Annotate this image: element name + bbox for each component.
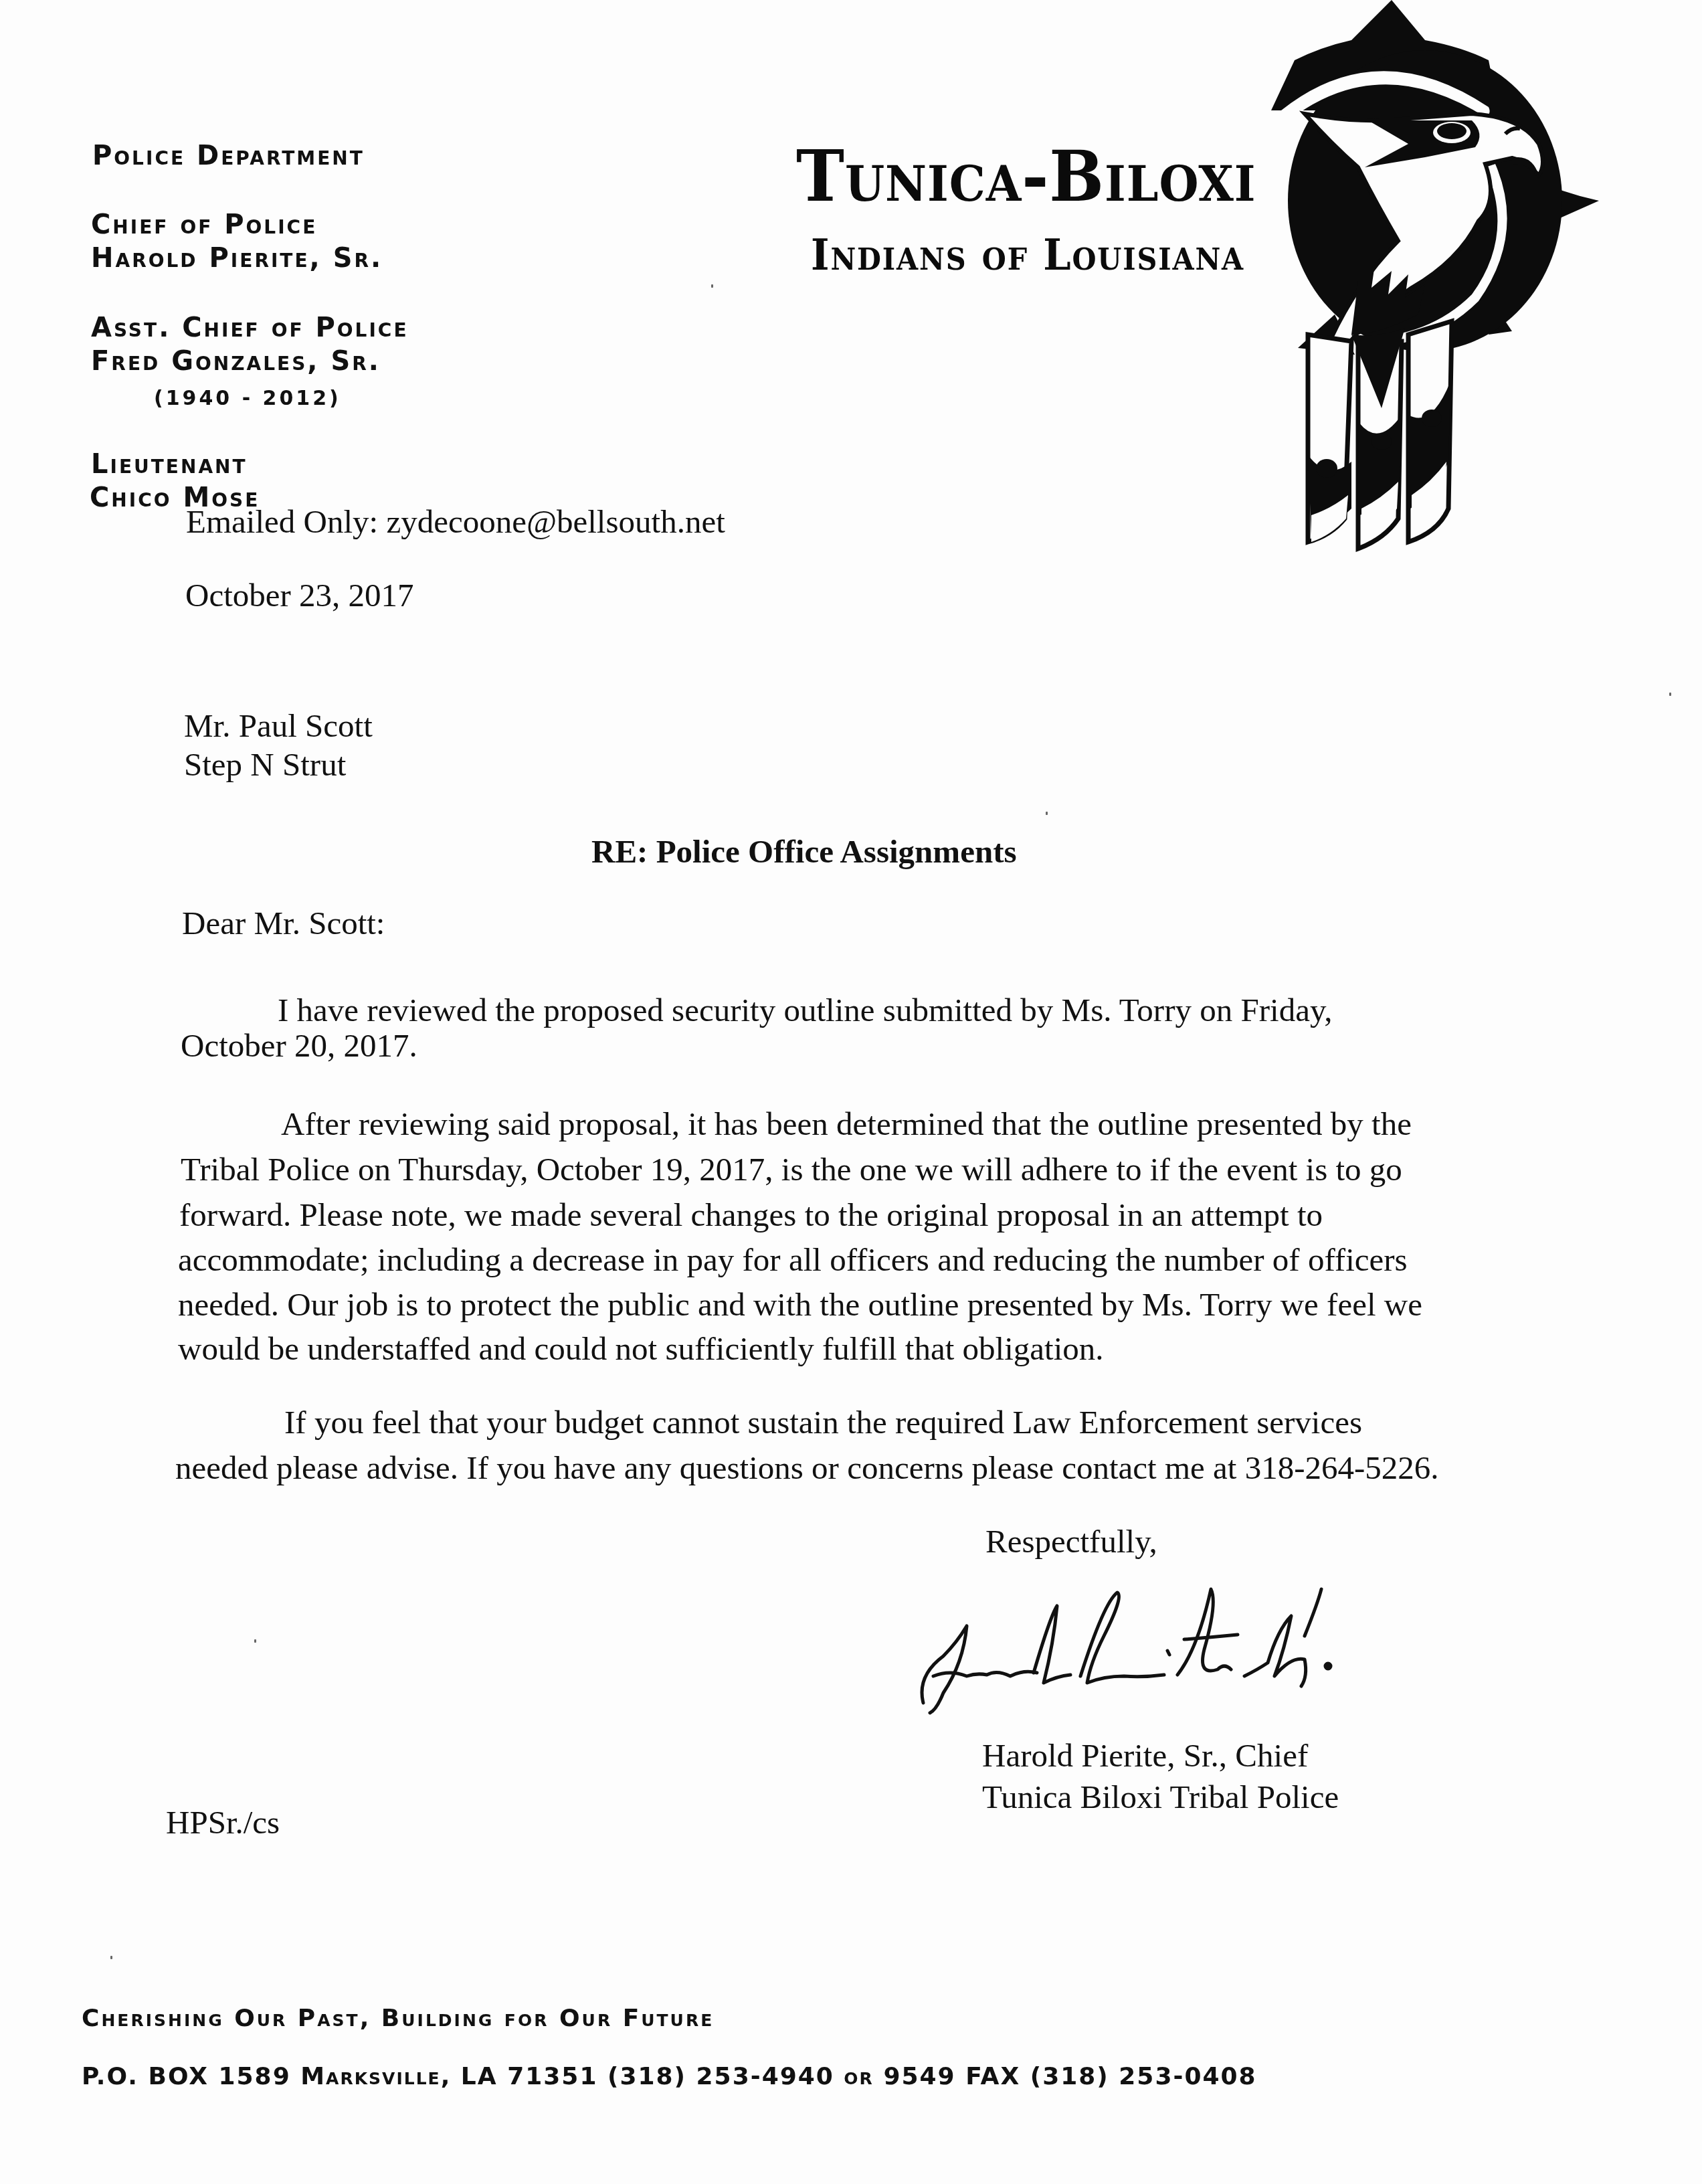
subject-line: RE: Police Office Assignments: [591, 833, 1017, 871]
scan-speck: [1669, 693, 1671, 696]
tribe-subtitle: Indians of Louisiana: [811, 234, 1244, 277]
signer-organization: Tunica Biloxi Tribal Police: [982, 1779, 1339, 1816]
scan-speck: [254, 1639, 256, 1643]
closing: Respectfully,: [985, 1523, 1157, 1560]
signer-name: Harold Pierite, Sr., Chief: [982, 1737, 1308, 1774]
chief-title: Chief of Police: [91, 211, 317, 238]
letter-date: October 23, 2017: [185, 577, 414, 614]
department-label: Police Department: [92, 143, 365, 169]
handwritten-signature-icon: [903, 1576, 1425, 1723]
paragraph-3-line: needed please advise. If you have any qu…: [175, 1449, 1439, 1487]
asst-chief-years: (1940 - 2012): [154, 385, 341, 412]
footer-motto: Cherishing Our Past, Building for Our Fu…: [82, 2005, 714, 2032]
paragraph-2-line: needed. Our job is to protect the public…: [178, 1286, 1422, 1324]
reference-initials: HPSr./cs: [166, 1804, 280, 1841]
paragraph-2-line: Tribal Police on Thursday, October 19, 2…: [181, 1151, 1402, 1188]
paragraph-2-line: After reviewing said proposal, it has be…: [281, 1105, 1412, 1143]
lieutenant-title: Lieutenant: [91, 451, 248, 478]
scan-speck: [1046, 812, 1048, 815]
scan-speck: [711, 284, 713, 288]
paragraph-3-line: If you feel that your budget cannot sust…: [284, 1404, 1362, 1441]
footer-address: P.O. BOX 1589 Marksville, LA 71351 (318)…: [82, 2063, 1257, 2090]
letter-page: Police Department Chief of Police Harold…: [0, 0, 1702, 2184]
asst-chief-title: Asst. Chief of Police: [91, 314, 409, 341]
tribe-name: Tunica-Biloxi: [796, 142, 1256, 211]
scan-speck: [110, 1956, 112, 1959]
recipient-name: Mr. Paul Scott: [184, 707, 373, 745]
paragraph-1-line: October 20, 2017.: [181, 1027, 417, 1065]
recipient-organization: Step N Strut: [184, 746, 346, 784]
chief-name: Harold Pierite, Sr.: [91, 245, 383, 272]
delivery-note: Emailed Only: zydecoone@bellsouth.net: [186, 503, 725, 541]
salutation: Dear Mr. Scott:: [182, 905, 385, 942]
asst-chief-name: Fred Gonzales, Sr.: [91, 348, 381, 375]
paragraph-2-line: would be understaffed and could not suff…: [178, 1330, 1104, 1368]
eagle-sun-feathers-emblem-icon: [1258, 0, 1632, 569]
paragraph-2-line: accommodate; including a decrease in pay…: [178, 1241, 1408, 1279]
paragraph-2-line: forward. Please note, we made several ch…: [179, 1196, 1323, 1234]
paragraph-1-line: I have reviewed the proposed security ou…: [278, 992, 1333, 1029]
